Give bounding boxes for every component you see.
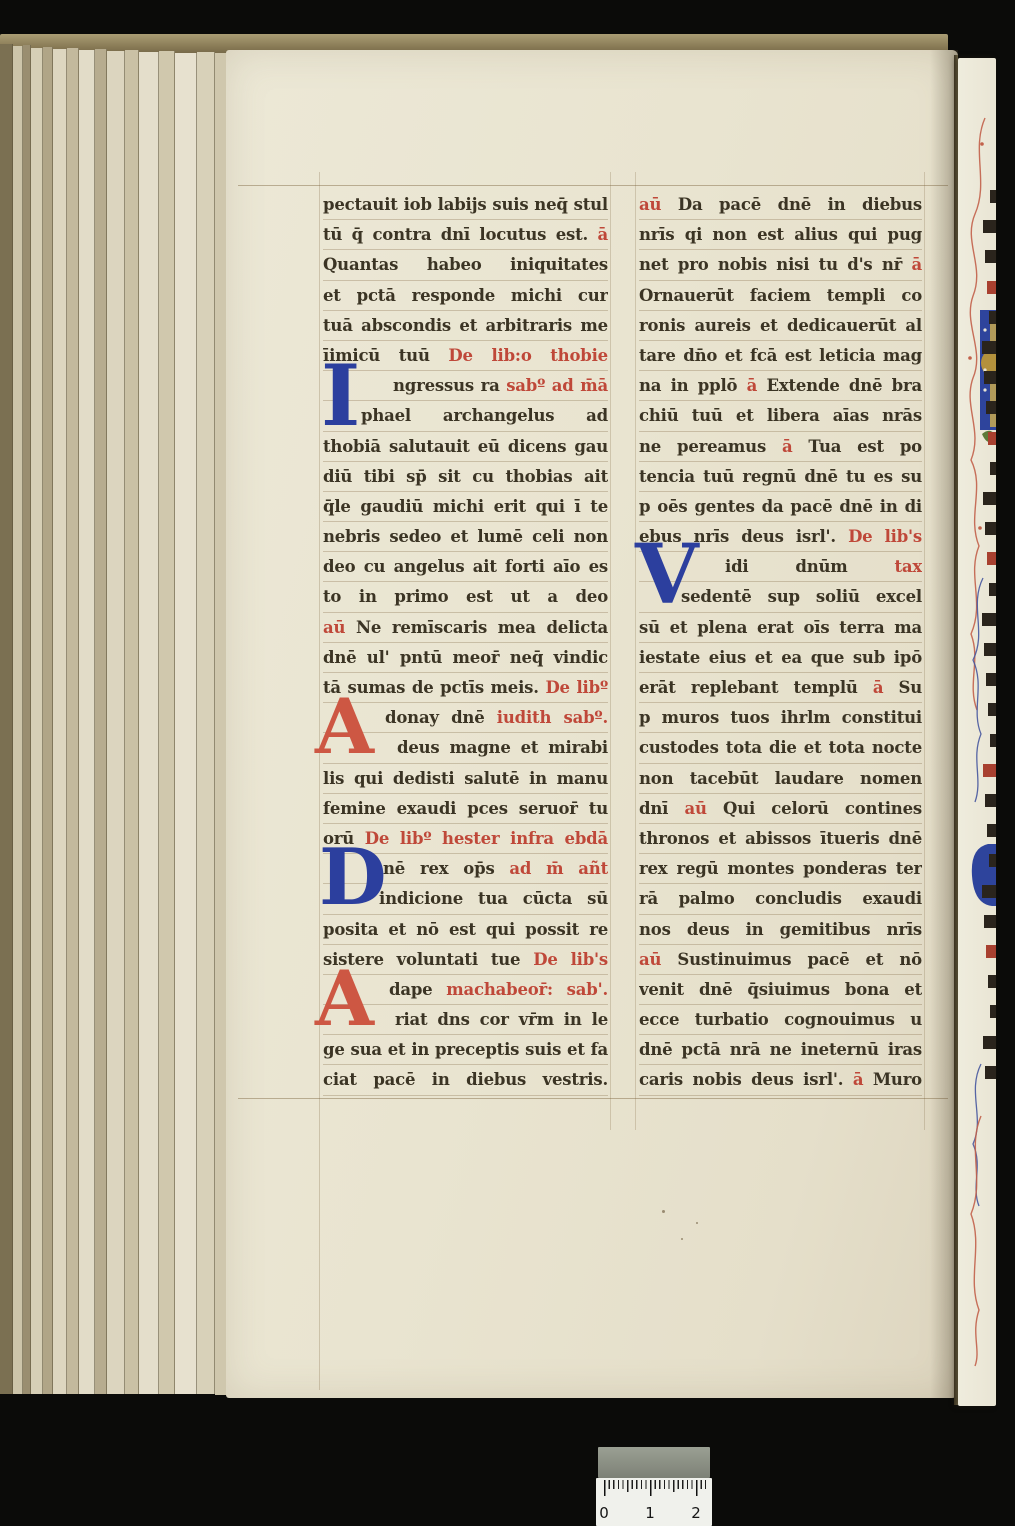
ruling-line-vertical bbox=[924, 172, 925, 1130]
manuscript-line: sedentē sup soliū excel bbox=[639, 582, 922, 612]
body-text: p oēs gentes da pacē dnē in di bbox=[639, 497, 922, 516]
cropped-text-line bbox=[985, 522, 996, 535]
body-text: phael archangelus ad bbox=[361, 406, 608, 425]
manuscript-line: ecce turbatio cognouimus u bbox=[639, 1005, 922, 1035]
body-text: rex regū montes ponderas ter bbox=[639, 859, 922, 878]
manuscript-line: custodes tota die et tota nocte bbox=[639, 733, 922, 763]
page-edge bbox=[197, 52, 215, 1394]
body-text: ne pereamus bbox=[639, 437, 782, 456]
body-text: Sustinuimus pacē et nō bbox=[677, 950, 922, 969]
manuscript-line: tū q̄ contra dnī locutus est. ā bbox=[323, 220, 608, 250]
body-text: thobiā salutauit eū dicens gau bbox=[323, 437, 608, 456]
cropped-text-line bbox=[983, 1036, 996, 1049]
body-text: tare dn̄o et fcā est leticia mag bbox=[639, 346, 922, 365]
rubric-text: ā bbox=[853, 1070, 873, 1089]
ruler-scale: 012 bbox=[596, 1478, 712, 1526]
body-text: caris nobis deus isrl'. bbox=[639, 1070, 853, 1089]
ruling-line-vertical bbox=[610, 172, 611, 1130]
manuscript-line: ge sua et in preceptis suis et fa bbox=[323, 1035, 608, 1065]
page-edge bbox=[79, 50, 95, 1394]
manuscript-line: ciat pacē in diebus vestris. bbox=[323, 1065, 608, 1095]
manuscript-line: donay dnē iudith sabº. bbox=[323, 703, 608, 733]
cropped-text-line bbox=[990, 190, 996, 203]
page-edge bbox=[23, 45, 31, 1394]
manuscript-line: et pctā responde michi cur facie bbox=[323, 281, 608, 311]
rubric-text: De lib:o thobie bbox=[448, 346, 608, 365]
body-text: dnē ul' pntū meor̄ neq̄ vindic bbox=[323, 648, 608, 667]
manuscript-line: sistere voluntati tue De lib's bbox=[323, 945, 608, 975]
body-text: ecce turbatio cognouimus u bbox=[639, 1010, 922, 1029]
page-edge bbox=[159, 51, 175, 1394]
foxing-spot bbox=[696, 1222, 698, 1224]
rubric-text: iudith sabº. bbox=[497, 708, 608, 727]
body-text: custodes tota die et tota nocte bbox=[639, 738, 922, 757]
cropped-text-line bbox=[982, 341, 996, 354]
cropped-text-line bbox=[987, 552, 996, 565]
body-text: īimicū tuū bbox=[323, 346, 448, 365]
page-edge bbox=[95, 49, 107, 1394]
foxing-spot bbox=[681, 1238, 683, 1240]
cropped-text-line bbox=[990, 734, 996, 747]
manuscript-page: pectauit iob labijs suis neq̄ stultū q̄ … bbox=[226, 50, 958, 1398]
manuscript-line: idi dnūm tax sabbatis. bbox=[639, 552, 922, 582]
page-edge bbox=[175, 53, 197, 1394]
body-text: nos deus in gemitibus nrīs bbox=[639, 920, 922, 939]
body-text: indicione tua cūcta sū bbox=[379, 889, 608, 908]
ruling-line-top bbox=[238, 185, 948, 186]
cropped-text-line bbox=[990, 462, 996, 475]
body-text: ge sua et in preceptis suis et fa bbox=[323, 1040, 608, 1059]
body-text: rā palmo concludis exaudi bbox=[639, 889, 922, 908]
manuscript-line: nrīs qi non est alius qui pug bbox=[639, 220, 922, 250]
cropped-text-line bbox=[986, 945, 996, 958]
rubric-text: De libº bbox=[545, 678, 608, 697]
manuscript-line: ne pereamus ā Tua est po bbox=[639, 432, 922, 462]
body-text: iestate eius et ea que sub ipō bbox=[639, 648, 922, 667]
manuscript-line: ngressus ra sabº ad m̄ā bbox=[323, 371, 608, 401]
rubric-text: De lib's bbox=[533, 950, 608, 969]
manuscript-line: lis qui dedisti salutē in manu bbox=[323, 764, 608, 794]
manuscript-line: non tacebūt laudare nomen bbox=[639, 764, 922, 794]
manuscript-line: tuā abscondis et arbitraris me bbox=[323, 311, 608, 341]
manuscript-photograph: pectauit iob labijs suis neq̄ stultū q̄ … bbox=[0, 0, 1015, 1526]
manuscript-line: dape machabeor̄: sab'. bbox=[323, 975, 608, 1005]
ruler-cm-ticks bbox=[604, 1480, 706, 1496]
manuscript-line: tā sumas de pctīs meis. De libº bbox=[323, 673, 608, 703]
manuscript-line: to in primo est ut a deo cureris. bbox=[323, 582, 608, 612]
body-text: p muros tuos ihrlm constitui bbox=[639, 708, 922, 727]
foxing-spot bbox=[662, 1210, 665, 1213]
manuscript-line: riat dns cor vr̄m in le bbox=[323, 1005, 608, 1035]
manuscript-line: aū Sustinuimus pacē et nō bbox=[639, 945, 922, 975]
body-text: nrīs qi non est alius qui pug bbox=[639, 225, 922, 244]
manuscript-line: p oēs gentes da pacē dnē in di bbox=[639, 492, 922, 522]
text-column-right: aū Da pacē dnē in diebusnrīs qi non est … bbox=[639, 190, 922, 1096]
manuscript-line: nos deus in gemitibus nrīs bbox=[639, 915, 922, 945]
cropped-text-line bbox=[988, 703, 996, 716]
body-text: diū tibi sp̄ sit cu thobias ait bbox=[323, 467, 608, 486]
page-edge bbox=[139, 52, 159, 1394]
cropped-text-line bbox=[985, 794, 996, 807]
cropped-text-line bbox=[989, 311, 996, 324]
manuscript-line: sū et plena erat oīs terra ma bbox=[639, 613, 922, 643]
manuscript-line: nē rex op̄s ad m̄ añt bbox=[323, 854, 608, 884]
rubric-text: De libº hester infra ebdā bbox=[365, 829, 608, 848]
body-text: thronos et abissos ītueris dnē bbox=[639, 829, 922, 848]
body-text: Ne remīscaris mea delicta bbox=[356, 618, 608, 637]
body-text: nebris sedeo et lumē celi non vi bbox=[323, 527, 608, 552]
manuscript-line: rex regū montes ponderas ter bbox=[639, 854, 922, 884]
manuscript-line: femine exaudi pces seruor̄ tu bbox=[323, 794, 608, 824]
manuscript-line: dnē pctā nrā ne ineternū iras bbox=[639, 1035, 922, 1065]
body-text: et pctā responde michi cur facie bbox=[323, 286, 608, 311]
manuscript-line: ebus nrīs deus isrl'. De lib's pphe bbox=[639, 522, 922, 552]
cropped-text-line bbox=[989, 854, 996, 867]
body-text: dnē pctā nrā ne ineternū iras bbox=[639, 1040, 922, 1059]
rubric-text: ā bbox=[747, 376, 767, 395]
manuscript-line: caris nobis deus isrl'. ā Muro bbox=[639, 1065, 922, 1095]
manuscript-line: thobiā salutauit eū dicens gau bbox=[323, 432, 608, 462]
cropped-text-line bbox=[984, 915, 996, 928]
manuscript-line: q̄le gaudiū michi erit qui ī te bbox=[323, 492, 608, 522]
cropped-text-line bbox=[985, 1066, 996, 1079]
body-text: pectauit iob labijs suis neq̄ stul bbox=[323, 195, 608, 214]
cropped-text-line bbox=[989, 583, 996, 596]
manuscript-line: p muros tuos ihrlm constitui bbox=[639, 703, 922, 733]
cropped-text-line bbox=[987, 824, 996, 837]
rubric-text: aū bbox=[684, 799, 723, 818]
manuscript-line: tare dn̄o et fcā est leticia mag bbox=[639, 341, 922, 371]
manuscript-line: tencia tuū regnū dnē tu es su bbox=[639, 462, 922, 492]
text-column-left: pectauit iob labijs suis neq̄ stultū q̄ … bbox=[323, 190, 608, 1096]
body-text: nē rex op̄s bbox=[383, 859, 509, 878]
body-text: ngressus ra bbox=[393, 376, 506, 395]
cropped-text-line bbox=[982, 613, 996, 626]
body-text: dape bbox=[389, 980, 446, 999]
manuscript-line: pectauit iob labijs suis neq̄ stul bbox=[323, 190, 608, 220]
body-text: Muro bbox=[873, 1070, 922, 1089]
body-text: dnī bbox=[639, 799, 684, 818]
body-text: ronis aureis et dedicauerūt al bbox=[639, 316, 922, 335]
body-text: Su bbox=[898, 678, 922, 697]
body-text: venit dnē q̄siuimus bona et bbox=[639, 980, 922, 999]
body-text: q̄le gaudiū michi erit qui ī te bbox=[323, 497, 608, 516]
rubric-text: sabº ad m̄ā bbox=[506, 376, 608, 395]
measuring-ruler: 012 bbox=[596, 1447, 712, 1526]
body-text: orū bbox=[323, 829, 365, 848]
body-text: tencia tuū regnū dnē tu es su bbox=[639, 467, 922, 486]
page-edge bbox=[31, 48, 43, 1394]
ruling-line-vertical bbox=[635, 172, 636, 1130]
rubric-text: machabeor̄: sab'. bbox=[446, 980, 608, 999]
cropped-text-line bbox=[986, 401, 996, 414]
manuscript-line: net pro nobis nisi tu d's nr̄ ā bbox=[639, 250, 922, 280]
page-edge bbox=[107, 51, 125, 1394]
facing-page-sliver bbox=[958, 58, 996, 1406]
page-edge bbox=[43, 47, 53, 1394]
cropped-text-line bbox=[983, 492, 996, 505]
ruling-line-bottom bbox=[238, 1098, 948, 1099]
page-edge bbox=[53, 49, 67, 1394]
manuscript-line: posita et nō est qui possit re bbox=[323, 915, 608, 945]
cropped-text-edge bbox=[958, 58, 996, 1406]
manuscript-line: aū Ne remīscaris mea delicta bbox=[323, 613, 608, 643]
body-text: deus magne et mirabi bbox=[397, 738, 608, 757]
manuscript-line: Quantas habeo iniquitates bbox=[323, 250, 608, 280]
cropped-text-line bbox=[988, 975, 996, 988]
manuscript-line: na in pplō ā Extende dnē bra bbox=[639, 371, 922, 401]
body-text: posita et nō est qui possit re bbox=[323, 920, 608, 939]
manuscript-line: dnī aū Qui celorū contines bbox=[639, 794, 922, 824]
manuscript-line: dnē ul' pntū meor̄ neq̄ vindic bbox=[323, 643, 608, 673]
body-text: tā sumas de pctīs meis. bbox=[323, 678, 545, 697]
manuscript-line: diū tibi sp̄ sit cu thobias ait bbox=[323, 462, 608, 492]
page-edge bbox=[67, 48, 79, 1394]
body-text: femine exaudi pces seruor̄ tu bbox=[323, 799, 608, 818]
body-text: donay dnē bbox=[385, 708, 497, 727]
body-text: ebus nrīs deus isrl'. bbox=[639, 527, 848, 546]
page-edge bbox=[0, 44, 13, 1394]
manuscript-line: rā palmo concludis exaudi bbox=[639, 884, 922, 914]
manuscript-line: deo cu angelus ait forti aīo es bbox=[323, 552, 608, 582]
cropped-text-line bbox=[988, 432, 996, 445]
cropped-text-line bbox=[982, 885, 996, 898]
rubric-text: aū bbox=[323, 618, 356, 637]
manuscript-line: orū De libº hester infra ebdā bbox=[323, 824, 608, 854]
ruler-grey-band bbox=[598, 1447, 710, 1478]
body-text: idi dnūm bbox=[725, 557, 894, 576]
manuscript-line: thronos et abissos ītueris dnē bbox=[639, 824, 922, 854]
page-edge bbox=[13, 46, 23, 1394]
page-edge bbox=[125, 50, 139, 1394]
rubric-text: ā bbox=[912, 255, 923, 274]
body-text: Ornauerūt faciem templi co bbox=[639, 286, 922, 305]
manuscript-line: iestate eius et ea que sub ipō bbox=[639, 643, 922, 673]
body-text: Extende dnē bra bbox=[766, 376, 922, 395]
manuscript-line: erāt replebant templū ā Su bbox=[639, 673, 922, 703]
cropped-text-line bbox=[987, 281, 996, 294]
ruling-line-vertical bbox=[319, 172, 320, 1390]
cropped-text-line bbox=[983, 220, 996, 233]
manuscript-line: īimicū tuū De lib:o thobie bbox=[323, 341, 608, 371]
body-text: riat dns cor vr̄m in le bbox=[395, 1010, 608, 1029]
ruler-number: 2 bbox=[691, 1504, 701, 1522]
body-text: Da pacē dnē in diebus bbox=[678, 195, 922, 214]
rubric-text: aū bbox=[639, 950, 677, 969]
body-text: Tua est po bbox=[808, 437, 922, 456]
body-text: na in pplō bbox=[639, 376, 747, 395]
body-text: net pro nobis nisi tu d's nr̄ bbox=[639, 255, 912, 274]
body-text: chiū tuū et libera aīas nrās bbox=[639, 406, 922, 425]
body-text: sedentē sup soliū excel bbox=[681, 587, 922, 606]
rubric-text: ā bbox=[598, 225, 609, 244]
body-text: Quantas habeo iniquitates bbox=[323, 255, 608, 274]
ruler-number: 1 bbox=[645, 1504, 655, 1522]
body-text: non tacebūt laudare nomen bbox=[639, 769, 922, 788]
rubric-text: ā bbox=[873, 678, 899, 697]
manuscript-line: ronis aureis et dedicauerūt al bbox=[639, 311, 922, 341]
manuscript-line: indicione tua cūcta sū bbox=[323, 884, 608, 914]
body-text: to in primo est ut a deo cureris. bbox=[323, 587, 608, 612]
body-text: Qui celorū contines bbox=[723, 799, 922, 818]
rubric-text: ad m̄ añt bbox=[509, 859, 608, 878]
manuscript-line: Ornauerūt faciem templi co bbox=[639, 281, 922, 311]
cropped-text-line bbox=[985, 250, 996, 263]
rubric-text: ā bbox=[782, 437, 808, 456]
cropped-text-line bbox=[990, 1005, 996, 1018]
body-text: sū et plena erat oīs terra ma bbox=[639, 618, 922, 637]
manuscript-line: aū Da pacē dnē in diebus bbox=[639, 190, 922, 220]
cropped-text-line bbox=[983, 764, 996, 777]
manuscript-line: deus magne et mirabi bbox=[323, 733, 608, 763]
manuscript-line: venit dnē q̄siuimus bona et bbox=[639, 975, 922, 1005]
manuscript-line: chiū tuū et libera aīas nrās bbox=[639, 401, 922, 431]
ruler-number: 0 bbox=[599, 1504, 609, 1522]
cropped-text-line bbox=[984, 371, 996, 384]
manuscript-line: phael archangelus ad bbox=[323, 401, 608, 431]
body-text: deo cu angelus ait forti aīo es bbox=[323, 557, 608, 576]
cropped-text-line bbox=[986, 673, 996, 686]
body-text: erāt replebant templū bbox=[639, 678, 873, 697]
body-text: ciat pacē in diebus vestris. bbox=[323, 1070, 608, 1089]
body-text: tū q̄ contra dnī locutus est. bbox=[323, 225, 598, 244]
manuscript-line: nebris sedeo et lumē celi non vi bbox=[323, 522, 608, 552]
body-text: sistere voluntati tue bbox=[323, 950, 533, 969]
cropped-text-line bbox=[984, 643, 996, 656]
body-text: tuā abscondis et arbitraris me bbox=[323, 316, 608, 335]
body-text: lis qui dedisti salutē in manu bbox=[323, 769, 608, 788]
rubric-text: aū bbox=[639, 195, 678, 214]
